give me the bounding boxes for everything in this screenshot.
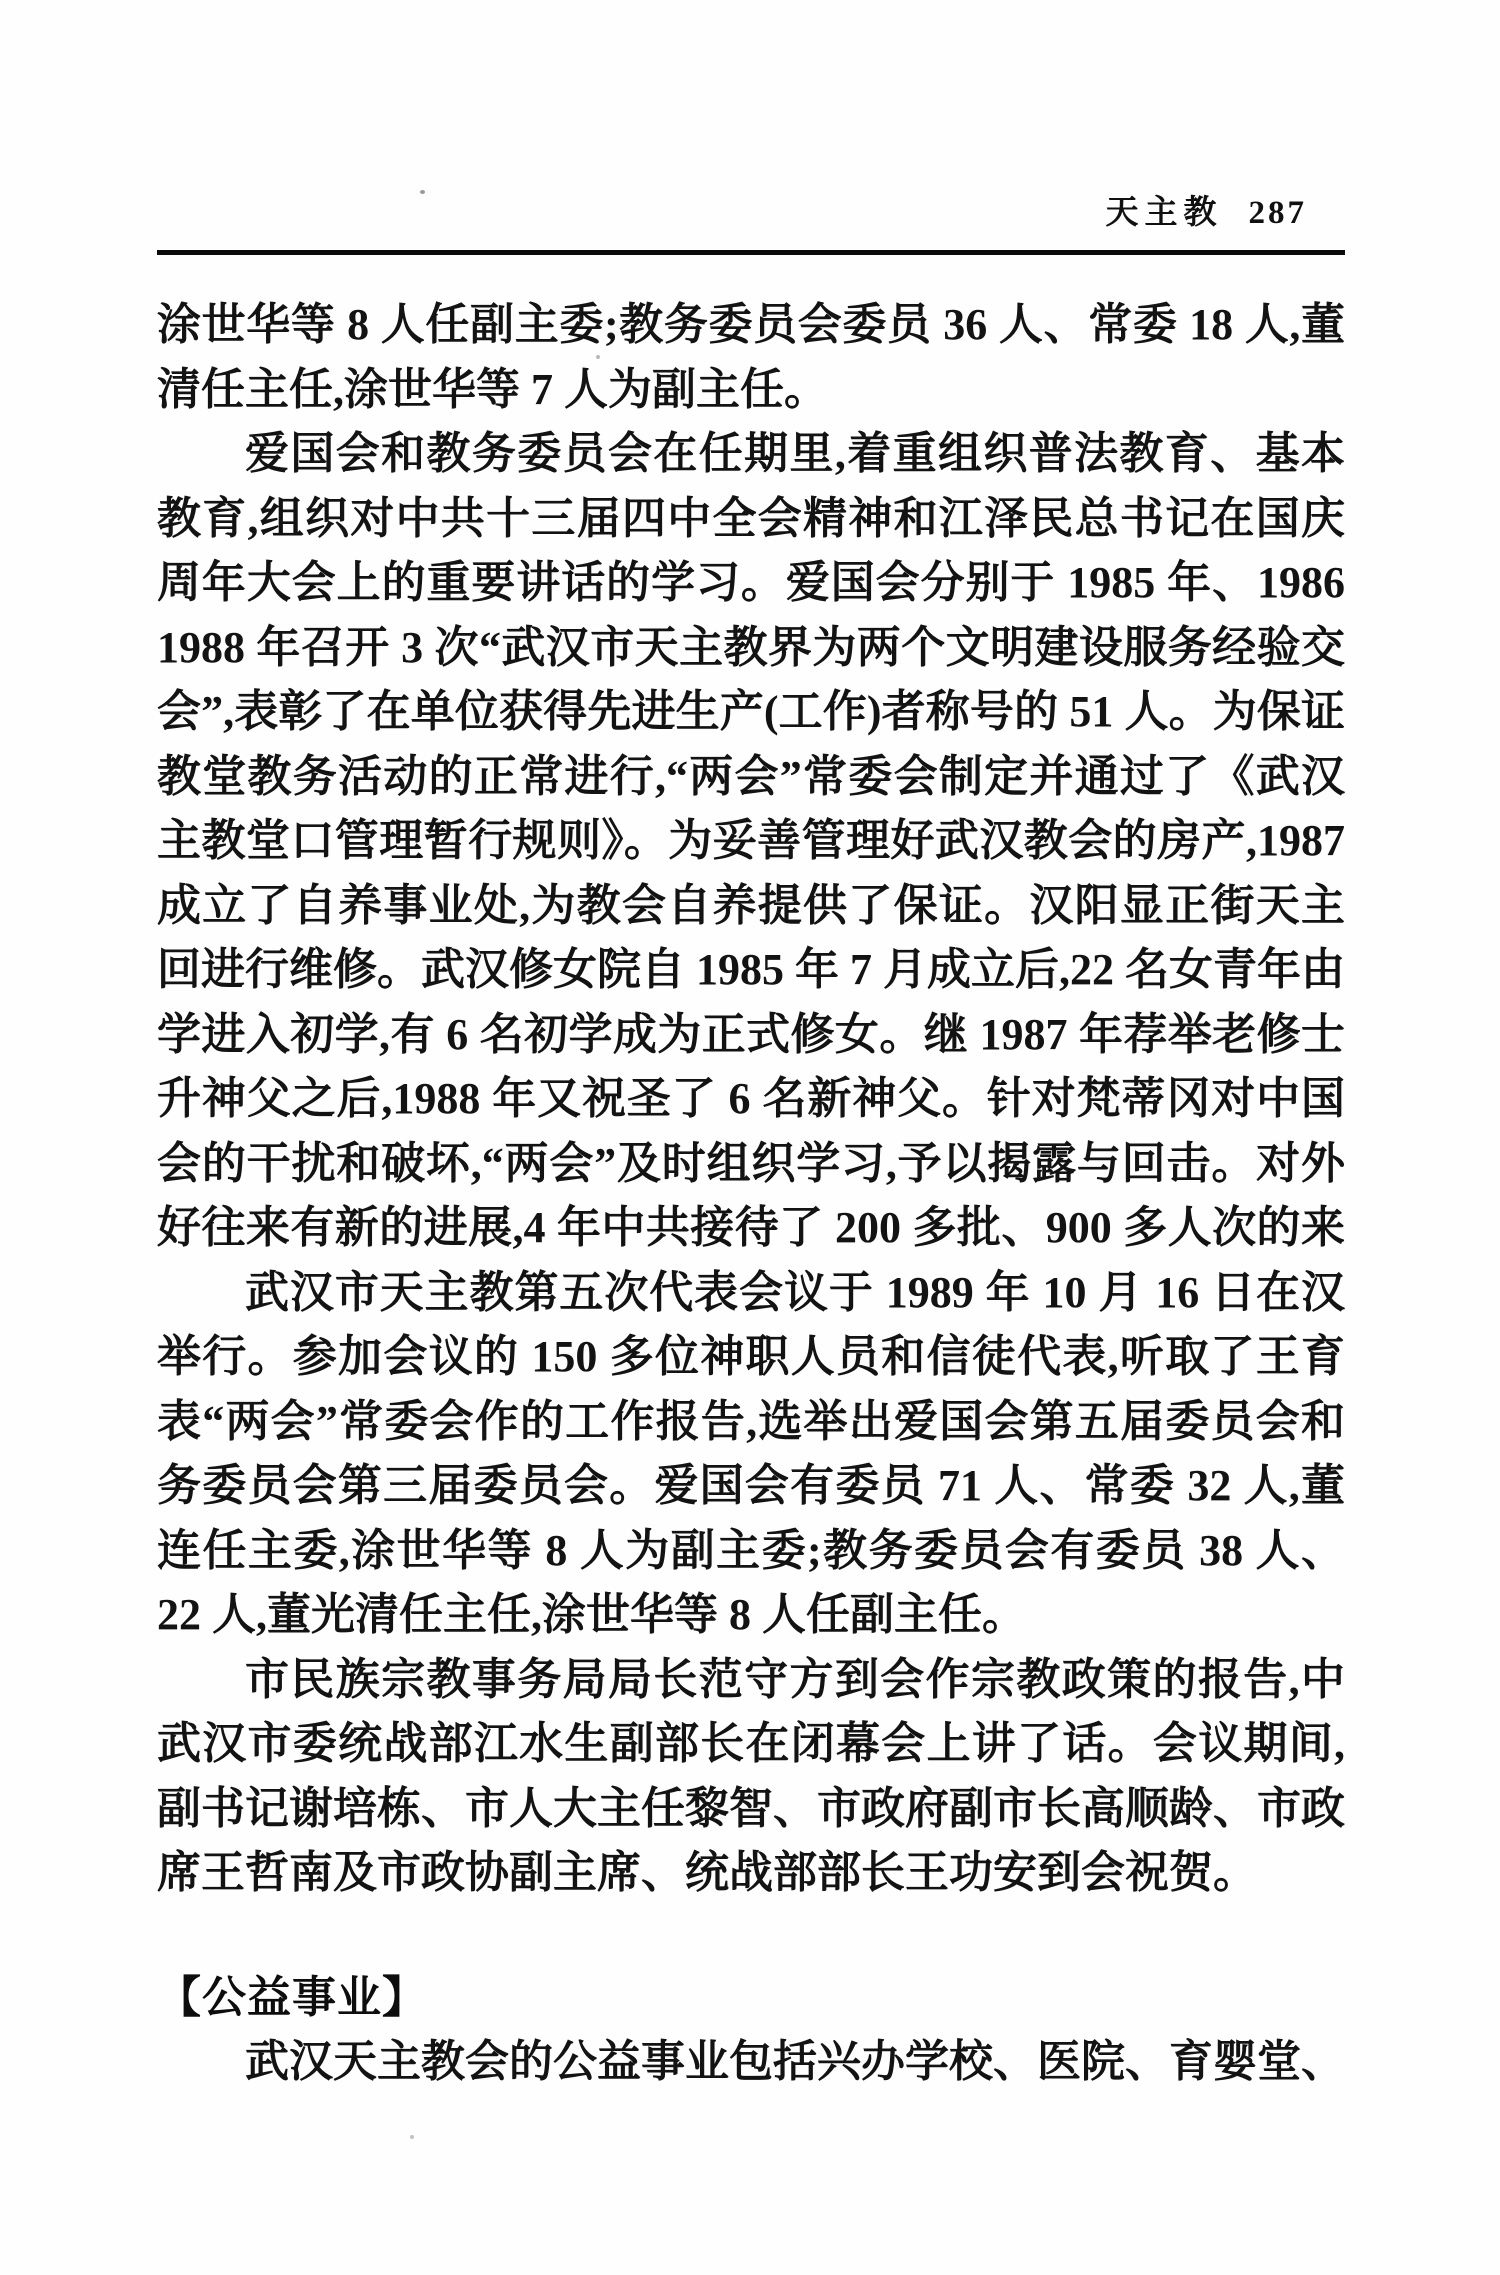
text-line: 表“两会”常委会作的工作报告,选举出爱国会第五届委员会和教 <box>157 1390 1345 1455</box>
text-line: 教堂教务活动的正常进行,“两会”常委会制定并通过了《武汉市天 <box>157 745 1345 810</box>
text-line: 周年大会上的重要讲话的学习。爱国会分别于 1985 年、1986 年和 <box>157 551 1345 616</box>
text-line: 连任主委,涂世华等 8 人为副主委;教务委员会有委员 38 人、常委 <box>157 1519 1345 1584</box>
text-line: 回进行维修。武汉修女院自 1985 年 7 月成立后,22 名女青年由试 <box>157 938 1345 1003</box>
text-line: 涂世华等 8 人任副主委;教务委员会委员 36 人、常委 18 人,董光 <box>157 293 1345 358</box>
text-line: 武汉天主教会的公益事业包括兴办学校、医院、育婴堂、孤儿 <box>157 2030 1345 2095</box>
page-number: 287 <box>1249 195 1308 231</box>
text-line: 清任主任,涂世华等 7 人为副主任。 <box>157 358 1345 423</box>
scan-speck <box>420 190 425 194</box>
scanned-book-page: 天主教287 涂世华等 8 人任副主委;教务委员会委员 36 人、常委 18 人… <box>0 0 1500 2275</box>
text-line: 武汉市天主教第五次代表会议于 1989 年 10 月 16 日在汉口 <box>157 1261 1345 1326</box>
text-line: 会”,表彰了在单位获得先进生产(工作)者称号的 51 人。为保证各 <box>157 680 1345 745</box>
running-header-section-title: 天主教 <box>1106 195 1223 231</box>
text-line: 副书记谢培栋、市人大主任黎智、市政府副市长高顺龄、市政协主 <box>157 1777 1345 1842</box>
text-line: 1988 年召开 3 次“武汉市天主教界为两个文明建设服务经验交流 <box>157 616 1345 681</box>
scan-speck <box>410 2135 414 2139</box>
text-line: 务委员会第三届委员会。爱国会有委员 71 人、常委 32 人,董光清 <box>157 1454 1345 1519</box>
text-line: 22 人,董光清任主任,涂世华等 8 人任副主任。 <box>157 1583 1345 1648</box>
text-line: 武汉市委统战部江水生副部长在闭幕会上讲了话。会议期间,市委 <box>157 1712 1345 1777</box>
text-line: 爱国会和教务委员会在任期里,着重组织普法教育、基本路线 <box>157 422 1345 487</box>
text-line: 市民族宗教事务局局长范守方到会作宗教政策的报告,中共 <box>157 1648 1345 1713</box>
text-line: 升神父之后,1988 年又祝圣了 6 名新神父。针对梵蒂冈对中国教 <box>157 1067 1345 1132</box>
text-line: 举行。参加会议的 150 多位神职人员和信徒代表,听取了王育东代 <box>157 1325 1345 1390</box>
page-body-text: 涂世华等 8 人任副主委;教务委员会委员 36 人、常委 18 人,董光 清任主… <box>157 293 1345 2095</box>
text-line: 成立了自养事业处,为教会自养提供了保证。汉阳显正街天主堂收 <box>157 874 1345 939</box>
text-line: 席王哲南及市政协副主席、统战部部长王功安到会祝贺。 <box>157 1841 1345 1906</box>
text-line: 学进入初学,有 6 名初学成为正式修女。继 1987 年荐举老修士晋 <box>157 1003 1345 1068</box>
text-line: 主教堂口管理暂行规则》。为妥善管理好武汉教会的房产,1987 年 <box>157 809 1345 874</box>
text-line: 会的干扰和破坏,“两会”及时组织学习,予以揭露与回击。对外友 <box>157 1132 1345 1197</box>
running-header: 天主教287 <box>157 192 1307 234</box>
text-line: 好往来有新的进展,4 年中共接待了 200 多批、900 多人次的来访。 <box>157 1196 1345 1261</box>
header-rule <box>157 250 1345 255</box>
text-line: 教育,组织对中共十三届四中全会精神和江泽民总书记在国庆 40 <box>157 487 1345 552</box>
section-heading: 【公益事业】 <box>157 1966 1345 2031</box>
